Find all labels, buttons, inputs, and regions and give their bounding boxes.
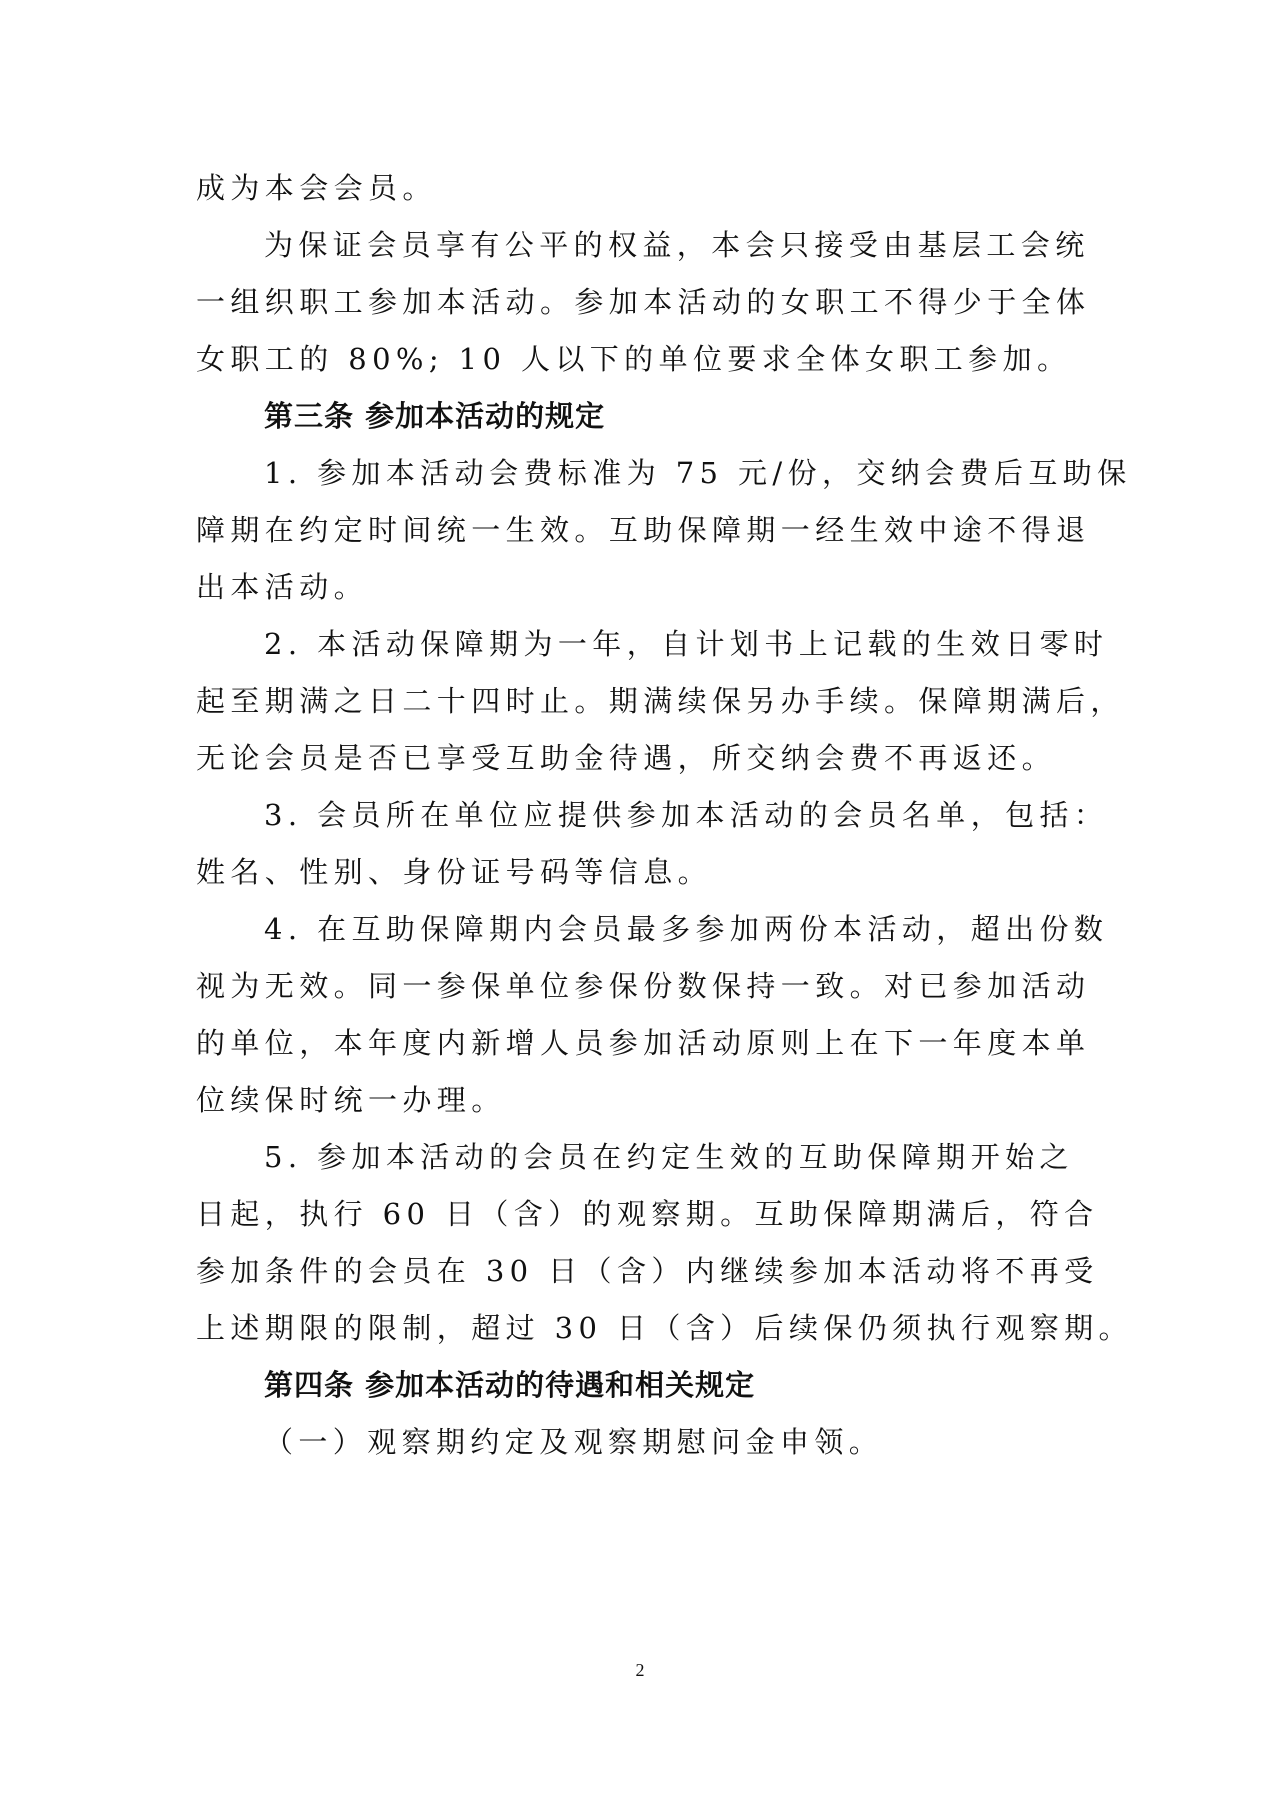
rule-1: 1. 参加本活动会费标准为 75 元/份，交纳会费后互助保 bbox=[264, 453, 1096, 493]
text-line: 女职工的 80%; 10 人以下的单位要求全体女职工参加。 bbox=[196, 339, 1096, 379]
text-line: 无论会员是否已享受互助金待遇，所交纳会费不再返还。 bbox=[196, 738, 1096, 778]
page-number: 2 bbox=[0, 1660, 1280, 1681]
document-page: 成为本会会员。 为保证会员享有公平的权益，本会只接受由基层工会统 一组织职工参加… bbox=[0, 0, 1280, 1810]
rule-5: 5. 参加本活动的会员在约定生效的互助保障期开始之 bbox=[264, 1137, 1096, 1177]
subsection-1: （一）观察期约定及观察期慰问金申领。 bbox=[264, 1422, 1096, 1462]
article-3-heading: 第三条 参加本活动的规定 bbox=[264, 396, 605, 436]
text-line: 的单位，本年度内新增人员参加活动原则上在下一年度本单 bbox=[196, 1023, 1096, 1063]
article-4-heading: 第四条 参加本活动的待遇和相关规定 bbox=[264, 1365, 755, 1405]
paragraph-fair-rights: 为保证会员享有公平的权益，本会只接受由基层工会统 bbox=[264, 225, 1096, 265]
text-line: 上述期限的限制，超过 30 日（含）后续保仍须执行观察期。 bbox=[196, 1308, 1096, 1348]
text-line: 视为无效。同一参保单位参保份数保持一致。对已参加活动 bbox=[196, 966, 1096, 1006]
text-line: 障期在约定时间统一生效。互助保障期一经生效中途不得退 bbox=[196, 510, 1096, 550]
text-line: 出本活动。 bbox=[196, 567, 1096, 607]
text-line: 参加条件的会员在 30 日（含）内继续参加本活动将不再受 bbox=[196, 1251, 1096, 1291]
text-line: 日起，执行 60 日（含）的观察期。互助保障期满后，符合 bbox=[196, 1194, 1096, 1234]
text-line: 位续保时统一办理。 bbox=[196, 1080, 1096, 1120]
text-line: 一组织职工参加本活动。参加本活动的女职工不得少于全体 bbox=[196, 282, 1096, 322]
rule-4: 4. 在互助保障期内会员最多参加两份本活动，超出份数 bbox=[264, 909, 1096, 949]
rule-3: 3. 会员所在单位应提供参加本活动的会员名单，包括： bbox=[264, 795, 1096, 835]
text-line: 姓名、性别、身份证号码等信息。 bbox=[196, 852, 1096, 892]
rule-2: 2. 本活动保障期为一年，自计划书上记载的生效日零时 bbox=[264, 624, 1096, 664]
text-line: 成为本会会员。 bbox=[196, 168, 1096, 208]
text-line: 起至期满之日二十四时止。期满续保另办手续。保障期满后， bbox=[196, 681, 1096, 721]
